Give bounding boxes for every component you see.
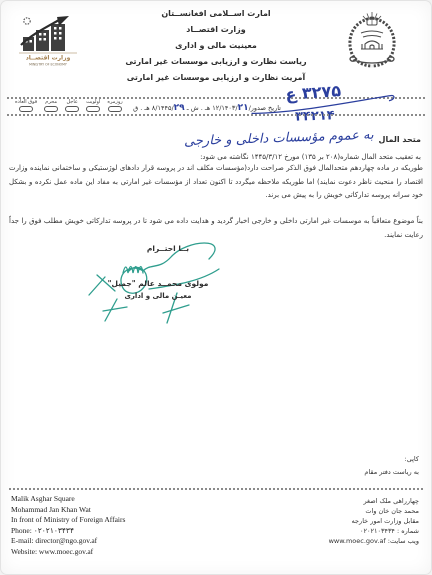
- copy-recipient: به ریاست دفتر مقام: [364, 466, 419, 479]
- priority-option-priority: اولویت: [86, 99, 100, 112]
- footer-address-english: Malik Asghar Square Mohammad Jan Khan Wa…: [11, 494, 125, 557]
- logo-caption-en: MINISTRY OF ECONOMY: [29, 63, 67, 67]
- priority-label: اولویت: [86, 99, 100, 105]
- body-paragraph-2: بناً موضوع متعاقباً به موسسات غیر امارتی…: [9, 215, 423, 242]
- footer-address-dari: چهارراهی ملک اصغر محمد جان خان وات مقابل…: [329, 496, 419, 546]
- priority-label: محرم: [45, 99, 57, 105]
- subject-line: متحد المال به عموم مؤسسات داخلی و خارجی: [184, 127, 421, 146]
- address-en-phone: Phone: ۰۲۰۲۱۰۳۴۳۴: [11, 526, 125, 537]
- copy-label: کاپی:: [364, 453, 419, 466]
- logo-caption-fa: وزارت اقتصــاد: [26, 55, 71, 62]
- priority-label: عاجل: [66, 99, 77, 105]
- address-fa-phone: شماره : ۰۲۰۲۱۰۳۴۳۴: [329, 526, 419, 536]
- priority-option-confidential: محرم: [44, 99, 58, 112]
- body-paragraph-1: طوریکه در ماده چهاردهم متحدالمال فوق الذ…: [9, 162, 423, 203]
- handwritten-ref-bottom: ۳۴۲۱۴: [250, 107, 380, 127]
- priority-option-urgent: عاجل: [65, 99, 79, 112]
- priority-label: فوق العاده: [15, 99, 37, 105]
- date-lunar: /۸/۱۴۴۵: [152, 104, 174, 112]
- address-en-line-1: Malik Asghar Square: [11, 494, 125, 505]
- priority-checkbox: [108, 106, 122, 112]
- address-en-email: E-mail: director@ngo.gov.af: [11, 536, 125, 547]
- signature-salutation: بــا احتــرام: [73, 244, 263, 253]
- handwritten-reference-numbers: ۳۲۷۵ ع ۳۴۲۱۴: [248, 79, 381, 129]
- signatory-title: معیـن مالی و اداری: [73, 292, 243, 300]
- letterhead-deputy-ministry: معینیت مالی و اداری: [101, 38, 331, 54]
- signature-block: بــا احتــرام مولوی محمــد عالم "جمیل" م…: [73, 244, 243, 300]
- priority-checkbox-row: روزمره اولویت عاجل محرم فوق العاده: [15, 99, 123, 112]
- address-en-line-3: In front of Ministry of Foreign Affairs: [11, 515, 125, 526]
- handwritten-lunar-day: ۲۹: [174, 103, 185, 113]
- scanned-letter-page: وزارت اقتصــاد MINISTRY OF ECONOMY: [0, 0, 432, 575]
- handwritten-solar-day: ۲۱: [238, 103, 249, 113]
- letterhead-ministry: وزارت اقتصــاد: [101, 22, 331, 38]
- ministry-of-economy-logo: وزارت اقتصــاد MINISTRY OF ECONOMY: [15, 13, 85, 69]
- priority-checkbox: [86, 106, 100, 112]
- address-fa-line-3: مقابل وزارت امور خارجه: [329, 516, 419, 526]
- copy-distribution: کاپی: به ریاست دفتر مقام: [364, 453, 419, 479]
- address-en-website: Website: www.moec.gov.af: [11, 547, 125, 558]
- address-fa-website: ویب سایت: www.moec.gov.af: [329, 536, 419, 546]
- date-solar: /۱۲/۱۴۰۳: [212, 104, 237, 112]
- address-fa-line-2: محمد جان خان وات: [329, 506, 419, 516]
- letterhead-emirate: امارت اســلامی افغانســتان: [101, 6, 331, 22]
- priority-checkbox: [19, 106, 33, 112]
- priority-checkbox: [44, 106, 58, 112]
- priority-option-routine: روزمره: [107, 99, 122, 112]
- priority-label: روزمره: [107, 99, 122, 105]
- date-lunar-era: هـ . ق: [133, 104, 150, 112]
- signatory-name: مولوی محمــد عالم "جمیل": [73, 279, 243, 288]
- subject-printed-label: متحد المال: [379, 135, 421, 144]
- handwritten-addressee: به عموم مؤسسات داخلی و خارجی: [184, 128, 374, 150]
- letterhead-directorate: ریاست نظارت و ارزیابی موسسات غیر امارتی: [101, 54, 331, 70]
- date-solar-era: هـ . ش ـ: [187, 104, 210, 112]
- islamic-emirate-emblem-icon: [339, 11, 405, 71]
- address-fa-line-1: چهارراهی ملک اصغر: [329, 496, 419, 506]
- dotted-separator-footer: [9, 488, 423, 490]
- letterhead: امارت اســلامی افغانســتان وزارت اقتصــا…: [101, 6, 331, 86]
- intro-reference-line: به تعقیب متحد المال شماره(۲۰۸ بر ۱۳۵) مو…: [200, 153, 421, 161]
- priority-option-extraordinary: فوق العاده: [15, 99, 37, 112]
- dotted-separator-second: [7, 114, 425, 116]
- address-en-line-2: Mohammad Jan Khan Wat: [11, 505, 125, 516]
- priority-checkbox: [65, 106, 79, 112]
